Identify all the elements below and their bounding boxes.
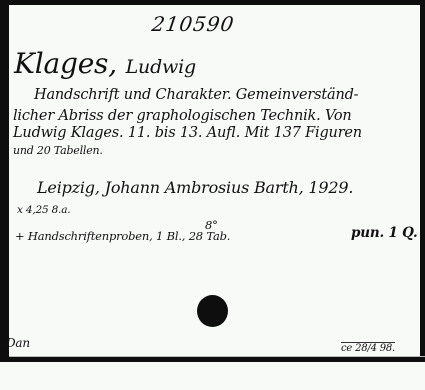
title-line-2: licher Abriss der graphologischen Techni…: [13, 108, 352, 124]
title-line-4: und 20 Tabellen.: [13, 144, 103, 157]
author-surname: Klages,: [14, 47, 117, 80]
author-given-name: Ludwig: [126, 56, 196, 78]
shelfmark: pun. 1 Q.: [351, 225, 418, 241]
date-stamp-text: ce 28/4 98.: [341, 342, 395, 354]
cataloger-initials: Dan: [6, 336, 30, 350]
card-bottom-edge: [9, 356, 425, 357]
date-stamp: ce 28/4 98.: [341, 343, 395, 354]
author-heading: Klages, Ludwig: [14, 47, 196, 80]
supplement-note: + Handschriftenproben, 1 Bl., 28 Tab.: [15, 229, 230, 243]
punch-hole: [197, 295, 228, 327]
title-line-1: Handschrift und Charakter. Gemeinverstän…: [34, 87, 358, 103]
accession-note: x 4,25 8.a.: [17, 204, 70, 216]
call-number: 210590: [150, 12, 236, 36]
title-line-3: Ludwig Klages. 11. bis 13. Aufl. Mit 137…: [13, 125, 362, 141]
imprint: Leipzig, Johann Ambrosius Barth, 1929.: [37, 178, 353, 197]
catalog-card: 210590 Klages, Ludwig Handschrift und Ch…: [9, 5, 420, 357]
